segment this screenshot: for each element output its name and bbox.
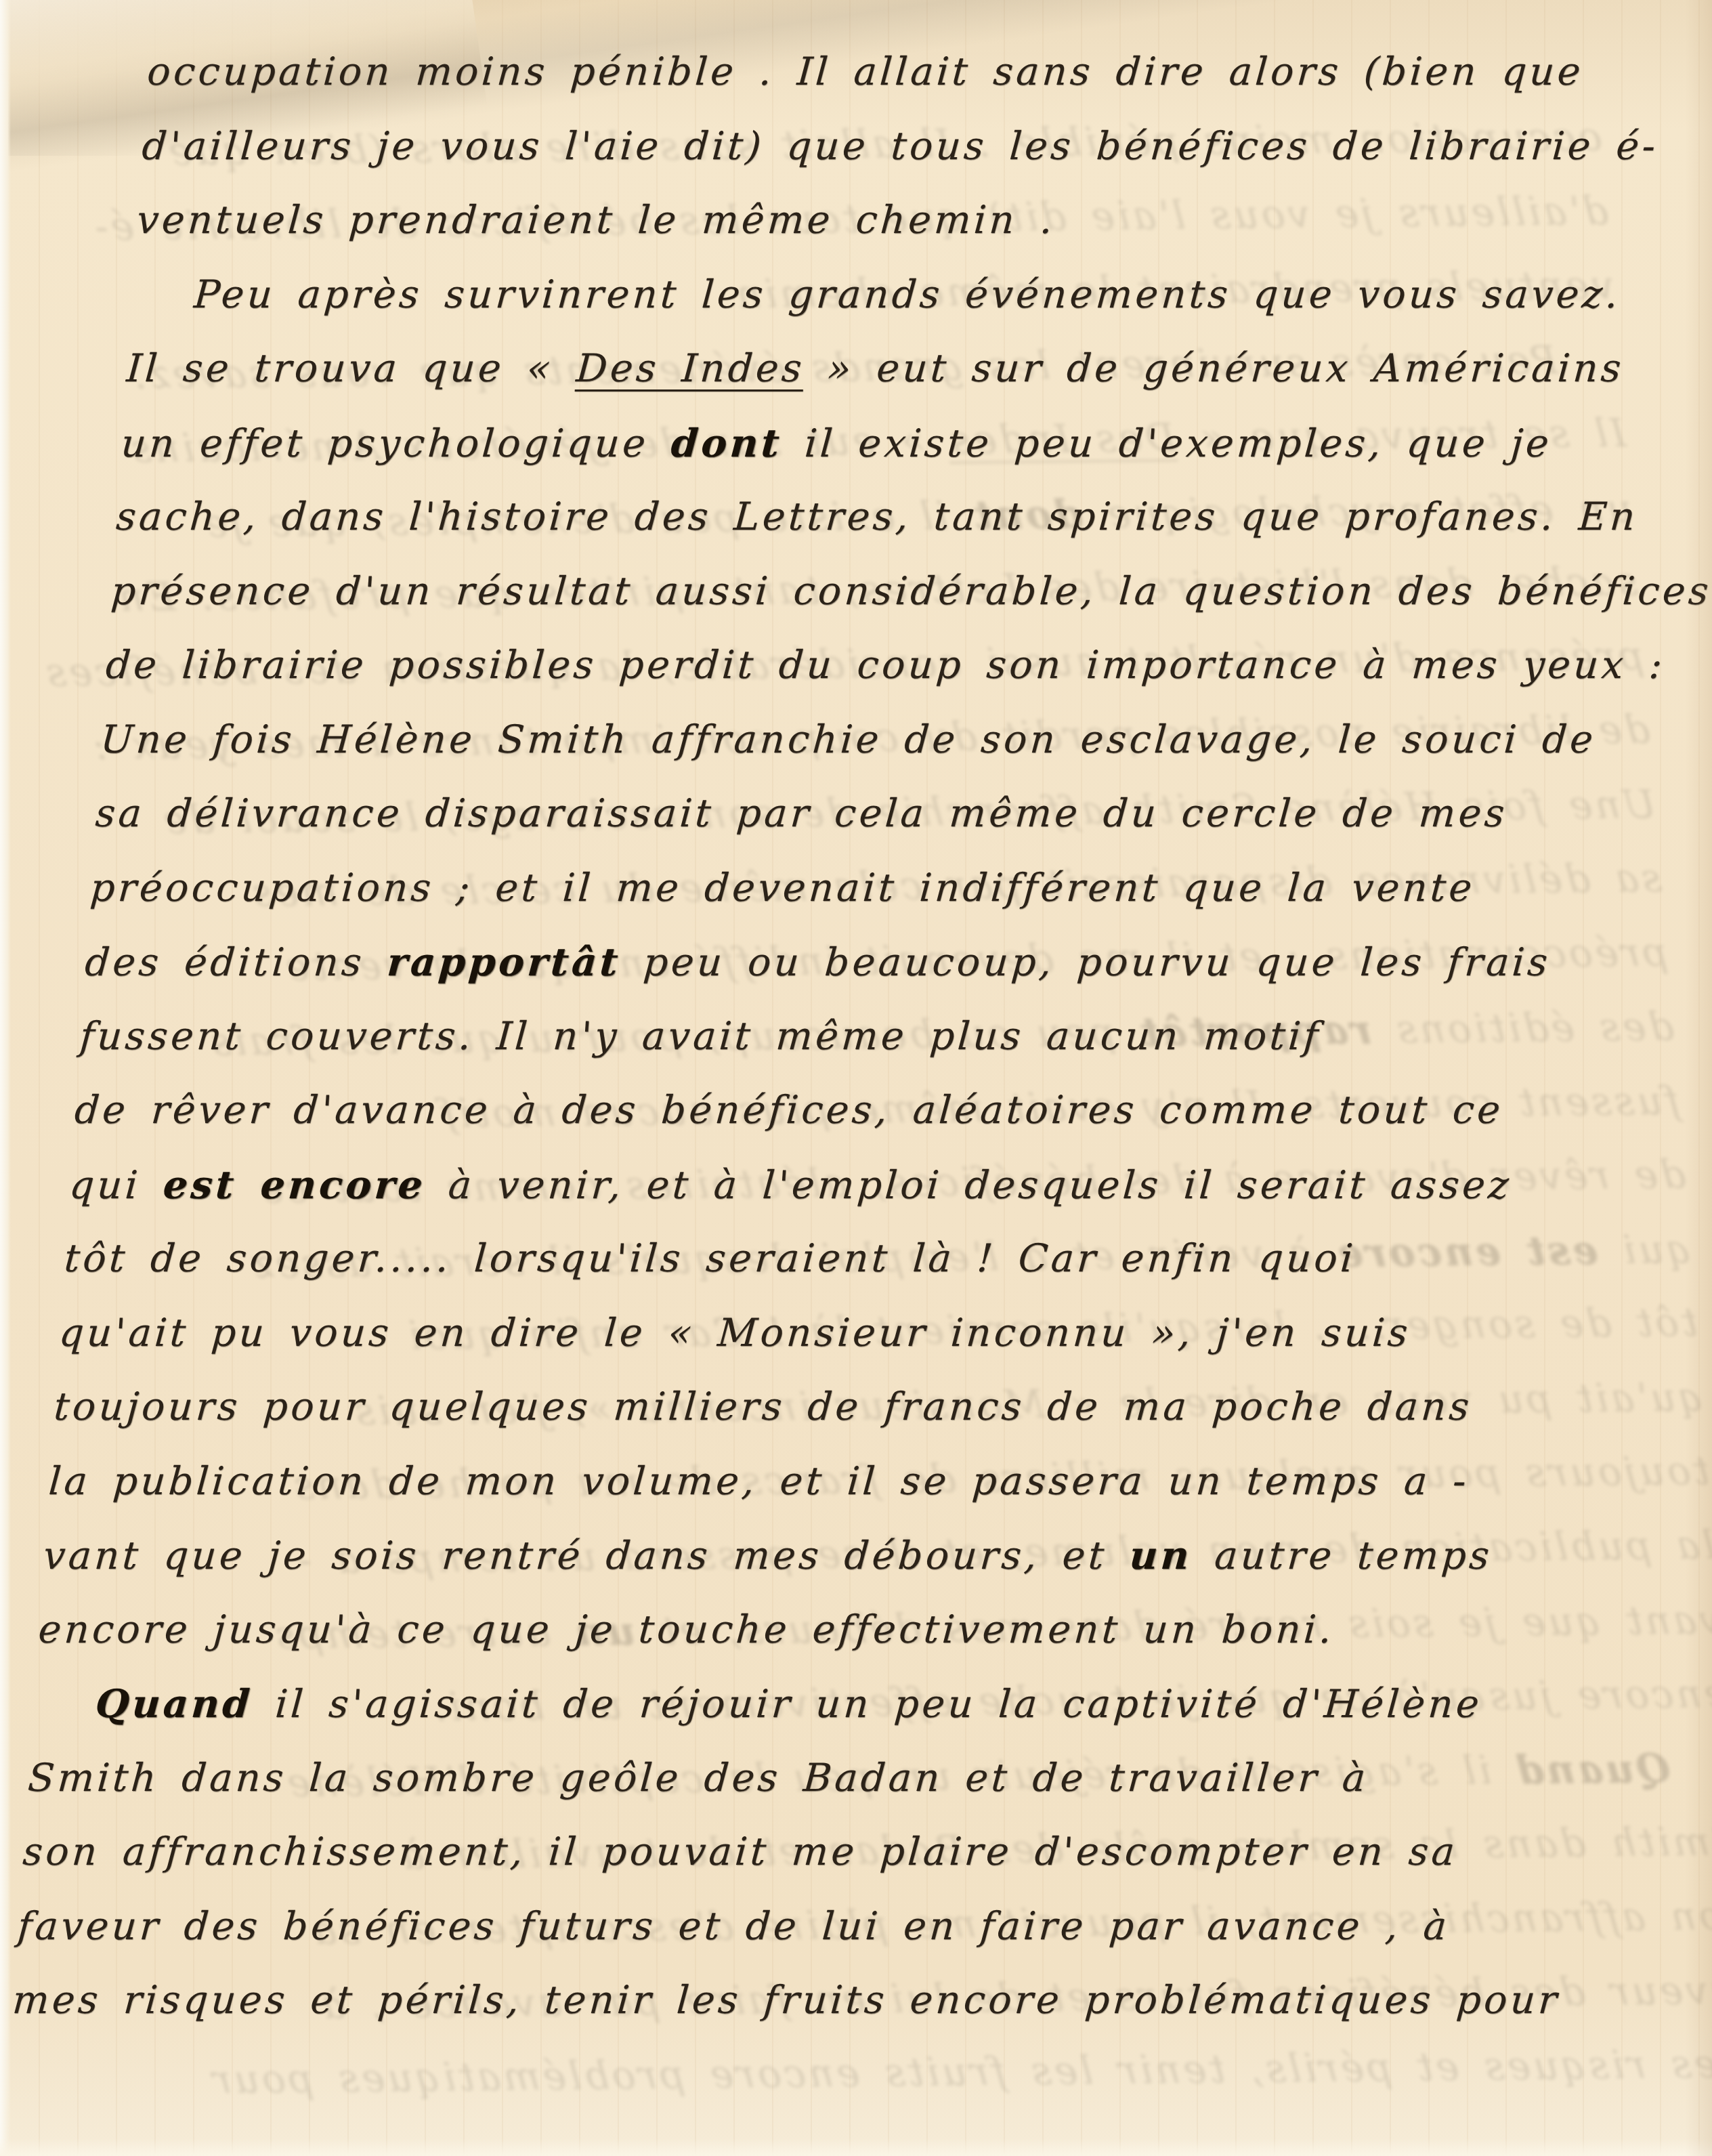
line-segment: Des Indes — [575, 346, 807, 391]
line-segment: un effet psychologique — [120, 421, 673, 466]
line-segment: est encore — [162, 1162, 427, 1208]
letter-line: son affranchissement, il pouvait me plai… — [20, 1815, 1614, 1890]
letter-line: qui est encore à venir, et à l'emploi de… — [67, 1148, 1661, 1223]
letter-line: sa délivrance disparaissait par cela mêm… — [93, 777, 1687, 851]
letter-line: fussent couverts. Il n'y avait même plus… — [77, 1000, 1671, 1074]
letter-line: Peu après survinrent les grands événemen… — [129, 258, 1712, 333]
line-segment: son affranchissement, il pouvait me plai… — [22, 1830, 1459, 1874]
line-segment-bleed: mes risques et périls, tenir les fruits … — [208, 2042, 1712, 2102]
letter-line: la publication de mon volume, et il se p… — [46, 1445, 1640, 1519]
letter-line: Smith dans la sombre geôle des Badan et … — [26, 1741, 1620, 1816]
line-segment: fussent couverts. Il n'y avait même plus… — [79, 1014, 1323, 1059]
letter-line: mes risques et périls, tenir les fruits … — [10, 1964, 1604, 2038]
line-segment: Une fois Hélène Smith affranchie de son … — [99, 717, 1597, 762]
line-segment: peu ou beaucoup, pourvu que les frais — [619, 940, 1552, 985]
line-segment: il existe peu d'exemples, que je — [781, 421, 1554, 466]
line-segment: vant que je sois rentré dans mes débours… — [42, 1534, 1131, 1578]
letter-line: toujours pour quelques milliers de franc… — [51, 1370, 1646, 1445]
line-segment: mes risques et périls, tenir les fruits … — [11, 1978, 1561, 2023]
letter-line: un effet psychologique dont il existe pe… — [119, 406, 1712, 481]
letter-line: de rêver d'avance à des bénéfices, aléat… — [72, 1074, 1667, 1148]
line-segment: à venir, et à l'emploi desquels il serai… — [424, 1163, 1513, 1208]
letter-line-bleed: mes risques et périls, tenir les fruits … — [115, 2027, 1712, 2119]
line-segment: Quand — [94, 1681, 255, 1727]
letter-line: Il se trouva que « Des Indes » eut sur d… — [124, 332, 1712, 406]
line-segment: toujours pour quelques milliers de franc… — [52, 1385, 1473, 1429]
letter-line: d'ailleurs je vous l'aie dit) que tous l… — [140, 110, 1712, 184]
letter-line: sache, dans l'histoire des Lettres, tant… — [114, 480, 1708, 555]
letter-line: des éditions rapportât peu ou beaucoup, … — [83, 925, 1677, 1000]
letter-page: occupation moins pénible . Il allait san… — [0, 0, 1712, 2156]
line-segment: qu'ait pu vous en dire le « Monsieur inc… — [58, 1311, 1412, 1355]
letter-line: faveur des bénéfices futurs et de lui en… — [15, 1890, 1609, 1964]
line-segment: faveur des bénéfices futurs et de lui en… — [16, 1904, 1451, 1949]
letter-line: vant que je sois rentré dans mes débours… — [41, 1519, 1635, 1593]
line-segment: occupation moins pénible . Il allait san… — [146, 49, 1585, 94]
letter-line: présence d'un résultat aussi considérabl… — [108, 555, 1703, 629]
letter-line: qu'ait pu vous en dire le « Monsieur inc… — [57, 1296, 1651, 1371]
line-segment: rapportât — [385, 939, 622, 985]
line-segment: d'ailleurs je vous l'aie dit) que tous l… — [141, 124, 1660, 169]
letter-line: ventuels prendraient le même chemin . — [134, 184, 1712, 258]
line-segment: un — [1128, 1533, 1194, 1578]
letter-line: occupation moins pénible . Il allait san… — [145, 35, 1712, 110]
line-segment: tôt de songer..... lorsqu'ils seraient l… — [63, 1236, 1358, 1281]
letter-line: encore jusqu'à ce que je touche effectiv… — [36, 1593, 1630, 1668]
scan-edge-left — [0, 0, 11, 2156]
line-segment: Peu après survinrent les grands événemen… — [192, 272, 1622, 317]
line-segment: Smith dans la sombre geôle des Badan et … — [26, 1756, 1370, 1800]
line-segment: de librairie possibles perdit du coup so… — [104, 643, 1667, 688]
line-segment: qui — [68, 1163, 165, 1208]
line-segment: ventuels prendraient le même chemin . — [135, 198, 1057, 242]
line-segment: la publication de mon volume, et il se p… — [47, 1459, 1471, 1504]
scan-edge-bottom — [0, 2138, 1712, 2156]
line-segment: » eut sur de généreux Américains — [803, 346, 1626, 391]
letter-body: occupation moins pénible . Il allait san… — [10, 35, 1712, 2038]
letter-line: Quand il s'agissait de réjouir un peu la… — [30, 1667, 1625, 1741]
letter-line: de librairie possibles perdit du coup so… — [103, 629, 1697, 703]
letter-line: Une fois Hélène Smith affranchie de son … — [98, 703, 1692, 778]
line-segment: de rêver d'avance à des bénéfices, aléat… — [73, 1088, 1505, 1133]
line-segment: Il se trouva que « — [125, 346, 578, 391]
line-segment: présence d'un résultat aussi considérabl… — [110, 569, 1712, 614]
line-segment: sa délivrance disparaissait par cela mêm… — [94, 791, 1509, 836]
line-segment: préoccupations ; et il me devenait indif… — [89, 866, 1476, 910]
line-segment: dont — [670, 421, 784, 466]
line-segment: sache, dans l'histoire des Lettres, tant… — [114, 494, 1640, 539]
line-segment: il s'agissait de réjouir un peu la capti… — [251, 1682, 1484, 1727]
line-segment: des éditions — [83, 940, 389, 985]
letter-line: préoccupations ; et il me devenait indif… — [87, 851, 1682, 926]
line-segment: encore jusqu'à ce que je touche effectiv… — [37, 1607, 1335, 1652]
scan-edge-right — [1685, 0, 1712, 2156]
line-segment: autre temps — [1191, 1534, 1494, 1578]
letter-line: tôt de songer..... lorsqu'ils seraient l… — [62, 1222, 1656, 1296]
